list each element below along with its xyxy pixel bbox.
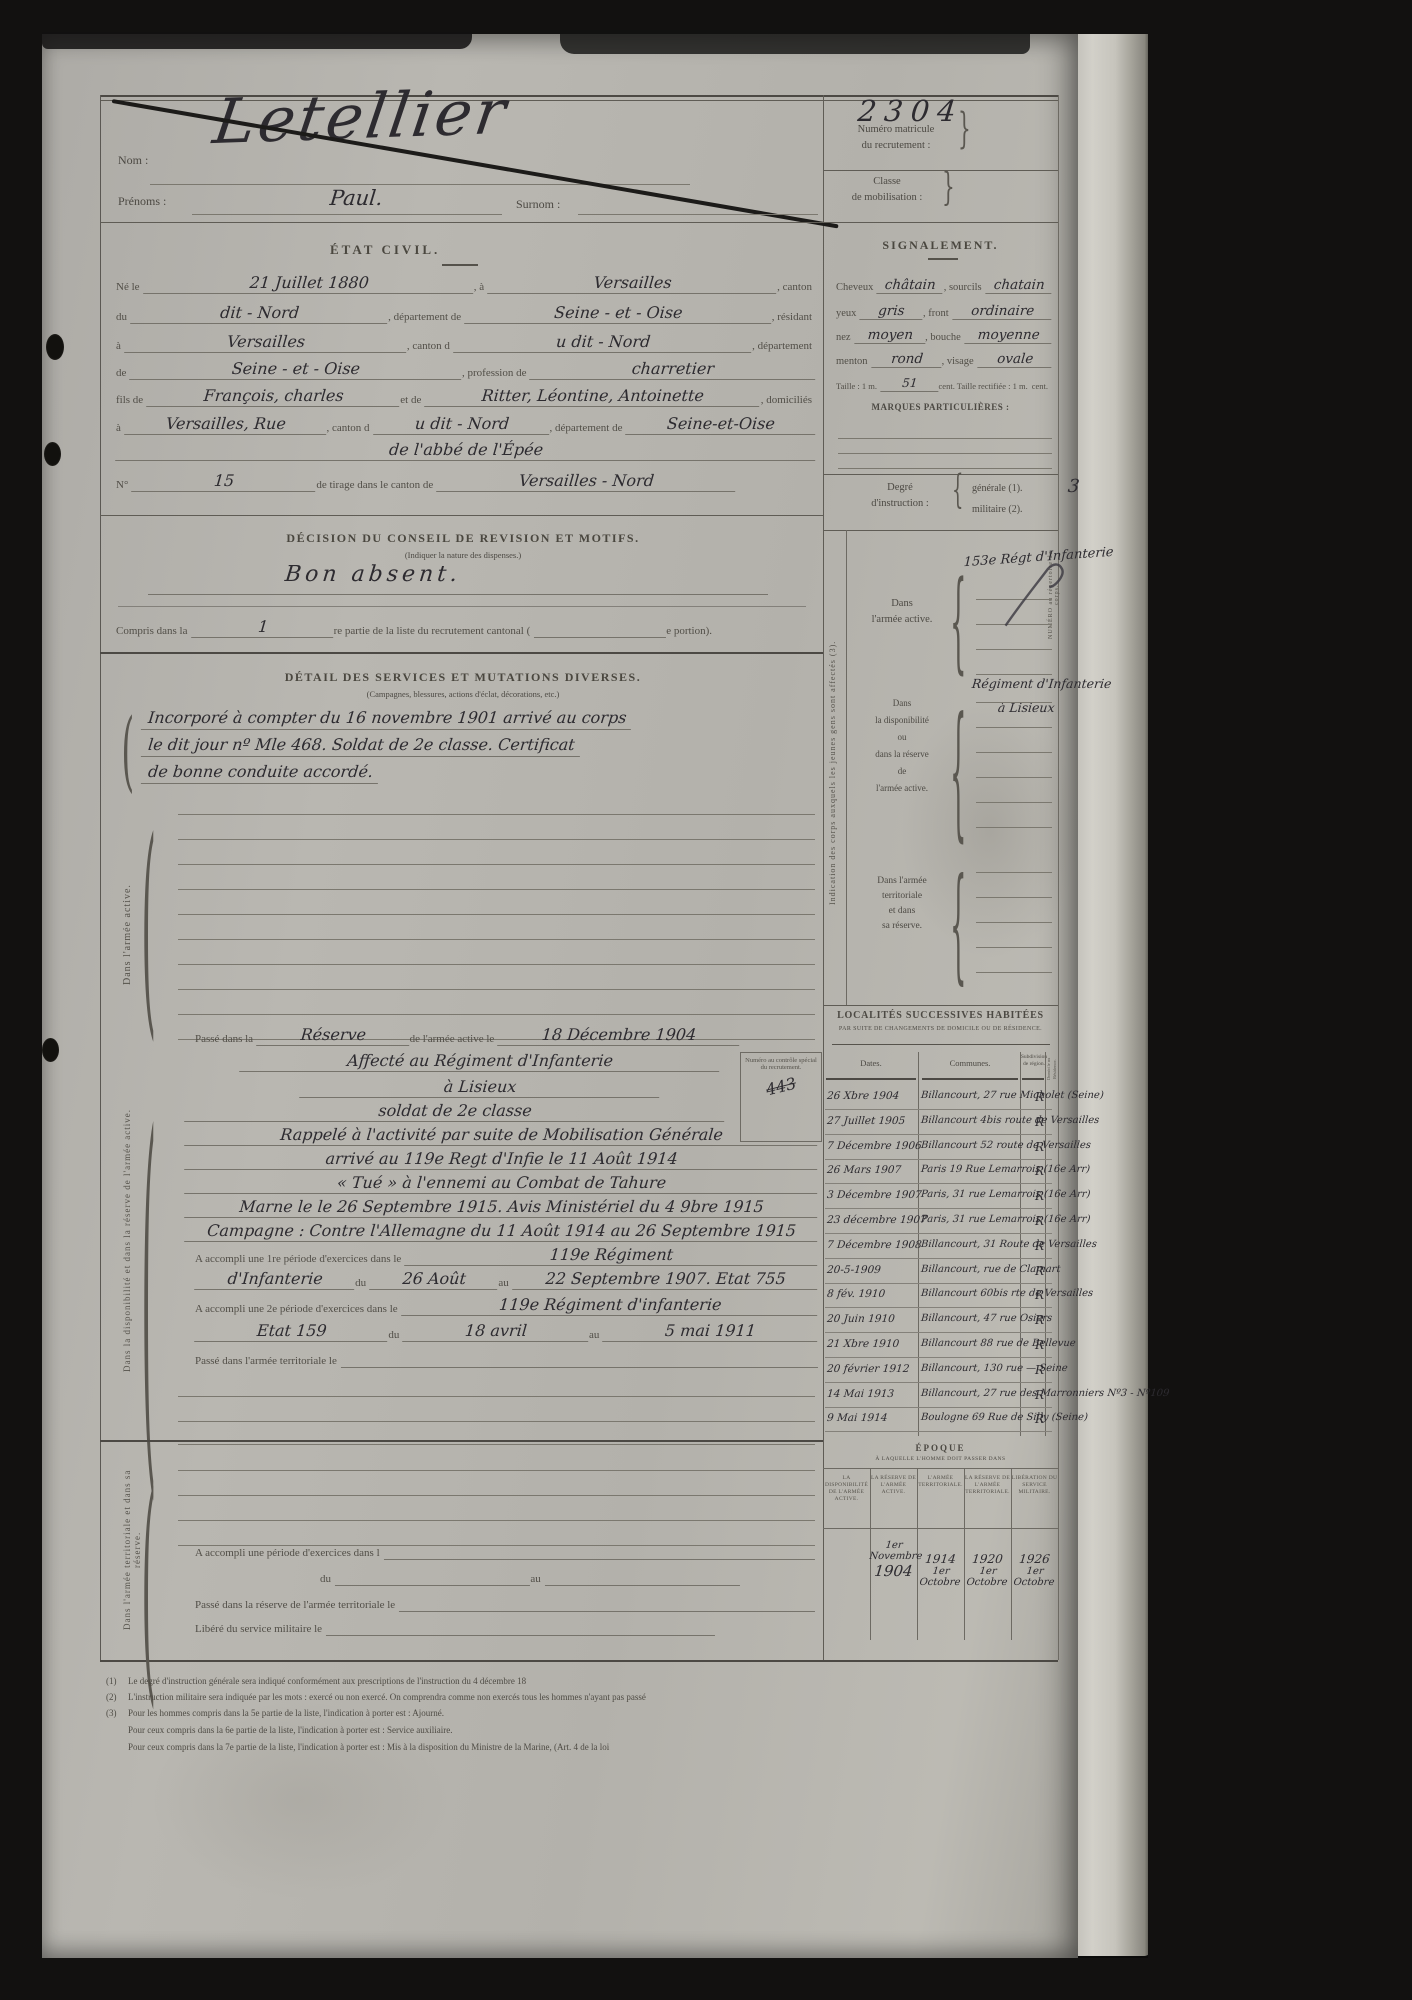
epoque-value-4a: 1920 [963,1552,1011,1566]
localite-commune: Boulogne 69 Rue de Silly (Seine) [921,1412,1042,1423]
handwritten-segment: Marne le le 26 Septembre 1915. Avis Mini… [184,1199,819,1218]
surname-label: Surnom : [516,197,560,212]
etat-civil-title-rule [442,264,478,266]
handwritten-segment: 22 Septembre 1907. Etat 755 [512,1271,819,1290]
form-bottom-rule [100,1660,1058,1662]
footnote-2: (2)L'instruction militaire sera indiquée… [106,1692,1046,1702]
localite-date: 9 Mai 1914 [826,1412,919,1424]
scanned-military-record: Nom : Letellier Prénoms : Paul. Surnom :… [0,0,1412,2000]
binder-hole [42,1038,59,1062]
handwritten-segment [326,1634,715,1636]
row-rule [825,1332,1052,1333]
dispo-line-13: Passé dans l'armée territoriale le [195,1344,818,1368]
footnote-3-marker: (3) [106,1708,128,1718]
localite-subdivision: R [1035,1363,1044,1377]
corps-side-label-left: Indication des corps auxquels les jeunes… [828,545,837,1000]
handwritten-segment: d'Infanterie [194,1271,356,1290]
firstname-value: Paul. [329,186,384,210]
instruction-brace: { [952,467,963,513]
localite-subdivision: R [1035,1189,1044,1203]
footnote-1-text: Le degré d'instruction générale sera ind… [128,1676,526,1686]
localite-date: 7 Décembre 1908 [826,1239,919,1251]
localite-row: 20 Juin 1910Billancourt, 47 rue OsiersR [823,1313,1058,1336]
printed-segment: Cheveux [836,282,877,294]
handwritten-segment: Seine-et-Oise [626,416,817,435]
printed-segment: , canton d [407,340,454,353]
printed-segment: de l'armée active le [410,1033,499,1046]
scan-bottom-band [0,1958,1412,2000]
dispo-line-1: Affecté au Régiment d'Infanterie [240,1048,720,1072]
dispo-line-2: à Lisieux [300,1074,660,1098]
territoriale-du-au-line: duau [320,1564,740,1586]
footnote-2-marker: (2) [106,1692,128,1702]
printed-segment: Passé dans la [195,1033,257,1046]
printed-segment: , domiciliés [761,394,816,407]
printed-segment: et de [400,394,425,407]
localite-date: 26 Mars 1907 [826,1164,919,1176]
localite-subdivision: R [1035,1164,1044,1178]
nez-bouche-line: nezmoyen, bouchemoyenne [836,320,1052,344]
handwritten-annotation [999,552,1079,641]
printed-segment: re partie de la liste du recrutement can… [334,625,535,638]
residence-line: àVersailles, canton du dit - Nord, dépar… [116,327,816,353]
printed-segment: de [116,367,130,380]
dispo-line-11: A accompli une 2e période d'exercices da… [195,1292,818,1316]
dispo-label-2: la disponibilité [858,715,946,725]
epoque-subtitle: À LAQUELLE L'HOMME DOIT PASSER DANS [823,1456,1058,1462]
printed-segment: A accompli une 2e période d'exercices da… [195,1303,402,1316]
row-rule [825,1233,1052,1234]
localite-commune: Billancourt 88 rue de Bellevue [921,1338,1042,1349]
localite-commune: Billancourt 4bis route de Versailles [921,1115,1042,1126]
footnote-4: Pour ceux compris dans la 6e partie de l… [128,1725,1048,1735]
localite-subdivision: R [1035,1264,1044,1278]
section-rule [823,530,1058,531]
epoque-value-3a: 1914 [916,1552,964,1566]
scan-right-band [1148,0,1412,2000]
row-rule [825,1407,1052,1408]
footnote-3-text: Pour les hommes compris dans la 5e parti… [128,1708,444,1718]
handwritten-segment: de l'abbé de l'Épée [115,442,817,461]
row-rule [825,1283,1052,1284]
birth-canton-line: dudit - Nord, département deSeine - et -… [116,298,816,324]
localite-date: 3 Décembre 1907 [826,1189,919,1201]
localites-subtitle: PAR SUITE DE CHANGEMENTS DE DOMICILE OU … [823,1026,1058,1032]
dispo-write-lines [976,680,1052,828]
scan-top-ragged-edge [560,30,1030,54]
handwritten-segment: 5 mai 1911 [603,1323,819,1342]
localite-subdivision: R [1035,1115,1044,1129]
printed-segment: de tirage dans le canton de [316,479,437,492]
localite-subdivision: R [1035,1288,1044,1302]
handwritten-segment: Réserve [256,1027,410,1046]
printed-segment: , résidant [772,311,816,324]
localite-date: 27 Juillet 1905 [826,1115,919,1127]
localite-commune: Paris 19 Rue Lemarrois (16e Arr) [921,1164,1042,1175]
epoque-col-3: l'armée territoriale. [917,1472,964,1489]
handwritten-segment: gris [860,304,924,320]
marques-label: MARQUES PARTICULIÈRES : [823,402,1058,412]
localite-date: 14 Mai 1913 [826,1388,919,1400]
notes-brace: ( [121,702,134,804]
surname-write-line [578,214,818,215]
row-rule [825,1159,1052,1160]
epoque-value-2b: 1904 [869,1562,918,1580]
menton-visage-line: mentonrond, visageovale [836,344,1052,368]
libere-service-line: Libéré du service militaire le [195,1614,715,1636]
parents-residence-line: àVersailles, Rue, canton du dit - Nord, … [116,409,816,435]
handwritten-segment: charretier [530,361,817,380]
active-army-label-2: l'armée active. [856,614,948,625]
terr-label-3: et dans [856,906,948,916]
handwritten-segment: 119e Régiment d'infanterie [401,1297,819,1316]
printed-segment: , sourcils [944,282,986,294]
localite-row: 23 décembre 1907Paris, 31 rue Lemarrois … [823,1214,1058,1237]
header-bottom-rule [100,222,1058,223]
printed-segment: , canton [777,281,816,294]
printed-segment: , profession de [462,367,530,380]
printed-segment: , département de [549,422,626,435]
handwritten-segment: moyen [854,328,926,344]
birth-line: Né le21 Juillet 1880, àVersailles, canto… [116,268,816,294]
localite-subdivision: R [1035,1338,1044,1352]
section-rule [100,1440,823,1442]
localite-subdivision: R [1035,1239,1044,1253]
printed-segment: au [589,1329,603,1342]
printed-segment: Compris dans la [116,625,192,638]
dispo-label-6: l'armée active. [858,783,946,793]
taille-line: Taille : 1 m.51cent. Taille rectifiée : … [836,368,1052,392]
printed-segment: A accompli une période d'exercices dans … [195,1547,384,1560]
profession-line: deSeine - et - Oise, profession decharre… [116,354,816,380]
handwritten-segment: « Tué » à l'ennemi au Combat de Tahure [184,1175,819,1194]
tirage-line: N°15de tirage dans le canton deVersaille… [116,464,736,492]
printed-segment: N° [116,479,132,492]
form-right-border [1058,95,1059,1660]
active-army-blank-lines [178,790,815,1040]
handwritten-segment: rond [871,352,943,368]
form-left-border [100,95,101,1660]
instruction-label-line2: d'instruction : [845,498,955,509]
dispo-brace: { [950,692,967,860]
decision-value: Bon absent. [284,562,463,587]
localite-commune: Billancourt, 27 rue Micholet (Seine) [921,1090,1042,1101]
handwritten-segment: 26 Août [369,1271,499,1290]
binder-hole [44,442,61,466]
section-rule [823,1005,1058,1006]
handwritten-segment: moyenne [964,328,1053,344]
localites-title-rule [832,1044,1050,1045]
epoque-value-5a: 1926 [1010,1552,1058,1566]
handwritten-segment: arrivé au 119e Regt d'Infie le 11 Août 1… [184,1151,819,1170]
territoriale-side-label: Dans l'armée territoriale et dans sa rés… [122,1452,142,1648]
compris-line: Compris dans la1re partie de la liste du… [116,612,716,638]
printed-segment: fils de [116,394,147,407]
epoque-value-5: 1926 1er Octobre [1011,1552,1058,1588]
terr-write-lines [976,850,1052,973]
localite-commune: Paris, 31 rue Lemarrois (16e Arr) [921,1214,1042,1225]
localite-commune: Billancourt, 130 rue — Seine [921,1363,1042,1374]
localite-date: 23 décembre 1907 [826,1214,919,1226]
localite-subdivision: R [1035,1090,1044,1104]
service-note-3: de bonne conduite accordé. [141,762,380,784]
localite-row: 27 Juillet 1905Billancourt 4bis route de… [823,1115,1058,1138]
printed-segment: , visage [942,356,978,368]
active-army-label-1: Dans [872,598,932,609]
handwritten-segment [534,636,666,638]
footnote-4-text: Pour ceux compris dans la 6e partie de l… [128,1725,453,1735]
handwritten-segment: u dit - Nord [453,334,753,353]
binder-hole [46,334,64,360]
dispo-line-7: Marne le le 26 Septembre 1915. Avis Mini… [185,1194,818,1218]
dispo-line-6: « Tué » à l'ennemi au Combat de Tahure [185,1170,818,1194]
printed-segment: Passé dans l'armée territoriale le [195,1355,341,1368]
footnote-1: (1)Le degré d'instruction générale sera … [106,1676,1046,1686]
handwritten-segment: Versailles [487,275,778,294]
localite-row: 26 Xbre 1904Billancourt, 27 rue Micholet… [823,1090,1058,1113]
name-label: Nom : [118,153,148,168]
etat-civil-title: ÉTAT CIVIL. [330,242,440,258]
localite-subdivision: R [1035,1412,1044,1426]
service-note-2: le dit jour nº Mle 468. Soldat de 2e cla… [141,735,582,757]
handwritten-segment [335,1584,530,1586]
signalement-title-rule [928,258,958,260]
epoque-value-5b: 1er Octobre [1010,1566,1059,1588]
terr-brace: { [950,856,967,1000]
services-title: DÉTAIL DES SERVICES ET MUTATIONS DIVERSE… [168,670,758,685]
printed-segment: nez [836,332,855,344]
handwritten-segment [399,1610,815,1612]
handwritten-segment: 15 [132,473,318,492]
dispo-line-4: Rappelé à l'activité par suite de Mobili… [185,1122,818,1146]
localites-col-dates: Dates. [826,1058,916,1068]
handwritten-segment: à Lisieux [299,1079,661,1098]
dispo-label-5: de [858,766,946,776]
dispo-line-10: d'Infanteriedu26 Aoûtau22 Septembre 1907… [195,1266,818,1290]
row-rule [825,1134,1052,1135]
localite-row: 7 Décembre 1906Billancourt 52 route de V… [823,1140,1058,1163]
handwritten-segment: ordinaire [952,304,1053,320]
handwritten-segment: 18 avril [403,1323,590,1342]
handwritten-segment [545,1584,740,1586]
localite-commune: Billancourt, 47 rue Osiers [921,1313,1042,1324]
handwritten-segment: Versailles - Nord [436,473,736,492]
instruction-generale-value: 3 [1067,476,1081,497]
services-subtitle: (Campagnes, blessures, actions d'éclat, … [168,689,758,699]
handwritten-segment [341,1366,818,1368]
epoque-col-2: la réserve de l'armée active. [870,1472,917,1496]
handwritten-segment: ovale [977,352,1053,368]
dispo-line-5: arrivé au 119e Regt d'Infie le 11 Août 1… [185,1146,818,1170]
controle-special-box: Numéro au contrôle spécial du recrutemen… [740,1052,822,1142]
terr-label-2: territoriale [856,891,948,901]
localite-row: 20-5-1909Billancourt, rue de ClamartR [823,1264,1058,1287]
printed-segment: Taille : 1 m. [836,381,881,392]
epoque-header-rule [823,1468,1058,1469]
handwritten-segment: 119e Régiment [404,1247,818,1266]
localite-subdivision: R [1035,1140,1044,1154]
firstname-label: Prénoms : [118,194,166,209]
printed-segment: , bouche [925,332,965,344]
epoque-value-3: 1914 1er Octobre [917,1552,964,1588]
instruction-label-line1: Degré [855,482,945,493]
localite-commune: Billancourt 52 route de Versailles [921,1140,1042,1151]
localite-date: 20-5-1909 [826,1264,919,1276]
printed-segment: , département [752,340,816,353]
scan-left-band [0,0,42,2000]
printed-segment: cent. [1032,381,1052,392]
terr-label-1: Dans l'armée [856,876,948,886]
handwritten-segment: 1 [191,619,335,638]
row-rule [825,1382,1052,1383]
terr-label-4: sa réserve. [856,921,948,931]
localites-header-rule [826,1078,916,1080]
localites-header-rule [922,1078,1018,1080]
dispo-line-12: Etat 159du18 avrilau5 mai 1911 [195,1318,818,1342]
disponibilite-side-label: Dans la disponibilité et dans la réserve… [122,1065,132,1415]
service-note-1: Incorporé à compter du 16 novembre 1901 … [141,708,634,730]
localite-row: 21 Xbre 1910Billancourt 88 rue de Bellev… [823,1338,1058,1361]
active-army-side-label: Dans l'armée active. [122,855,133,1015]
handwritten-segment: chatain [985,278,1053,294]
printed-segment: , front [923,308,953,320]
footnote-5-text: Pour ceux compris dans la 7e partie de l… [128,1742,609,1752]
handwritten-segment: Seine - et - Oise [464,305,772,324]
epoque-col-1: la disponibilité de l'armée active. [823,1472,870,1503]
localite-commune: Billancourt, rue de Clamart [921,1264,1042,1275]
section-rule [823,474,1058,475]
footnote-1-marker: (1) [106,1676,128,1686]
localites-title: LOCALITÉS SUCCESSIVES HABITÉES [823,1010,1058,1021]
printed-segment: e portion). [666,625,716,638]
printed-segment: menton [836,356,872,368]
localite-row: 14 Mai 1913Billancourt, 27 rue des Marro… [823,1388,1058,1411]
handwritten-segment: u dit - Nord [373,416,551,435]
handwritten-segment: Affecté au Régiment d'Infanterie [239,1053,721,1072]
matricule-divider [823,170,1058,171]
section-rule [100,652,823,654]
handwritten-segment: 18 Décembre 1904 [497,1027,740,1046]
territoriale-accompli-line: A accompli une période d'exercices dans … [195,1538,815,1560]
row-rule [825,1357,1052,1358]
row-rule [825,1307,1052,1308]
row-rule [825,1208,1052,1209]
localite-commune: Billancourt, 27 rue des Marronniers Nº3 … [921,1388,1042,1399]
handwritten-segment: châtain [877,278,945,294]
signalement-title: SIGNALEMENT. [823,238,1058,253]
localite-row: 9 Mai 1914Boulogne 69 Rue de Silly (Sein… [823,1412,1058,1435]
handwritten-segment: Rappelé à l'activité par suite de Mobili… [184,1127,819,1146]
localite-date: 26 Xbre 1904 [826,1090,919,1102]
street-line: de l'abbé de l'Épée [116,435,816,461]
handwritten-segment [384,1558,816,1560]
printed-segment: du [388,1329,403,1342]
localite-subdivision: R [1035,1214,1044,1228]
dispo-label-4: dans la réserve [858,749,946,759]
active-brace: { [950,562,967,688]
localites-col-communes: Communes. [920,1058,1020,1068]
handwritten-segment: François, charles [146,388,401,407]
localite-date: 20 février 1912 [826,1363,919,1375]
epoque-value-3b: 1er Octobre [916,1566,965,1588]
footnote-2-text: L'instruction militaire sera indiquée pa… [128,1692,646,1702]
epoque-col-4: la réserve de l'armée territoriale. [964,1472,1011,1496]
localites-col-residence: Résidence. [1052,1052,1057,1086]
localites-col-subdivision: Subdivision de région. [1020,1054,1048,1067]
disponibilite-blank-lines [178,1372,815,1445]
printed-segment: au [530,1573,544,1586]
localite-date: 21 Xbre 1910 [826,1338,919,1350]
territoriale-passe-reserve-line: Passé dans la réserve de l'armée territo… [195,1590,815,1612]
row-rule [825,1109,1052,1110]
decision-blank-line [118,606,806,607]
printed-segment: Libéré du service militaire le [195,1623,326,1636]
localite-row: 20 février 1912Billancourt, 130 rue — Se… [823,1363,1058,1386]
classe-label-line2: de mobilisation : [832,192,942,203]
localites-col-domicile: Domicile ou [1046,1052,1051,1086]
printed-segment: au [498,1277,512,1290]
matricule-value: 2304 [856,94,965,128]
localite-commune: Billancourt 60bis rte de Versailles [921,1288,1042,1299]
printed-segment: du [116,311,131,324]
decision-title: DÉCISION DU CONSEIL DE REVISION ET MOTIF… [168,531,758,546]
classe-label-line1: Classe [832,176,942,187]
dispo-line-3: soldat de 2e classe [185,1098,725,1122]
handwritten-segment: soldat de 2e classe [184,1103,726,1122]
epoque-value-2a: 1er Novembre [869,1540,918,1562]
printed-segment: du [320,1573,335,1586]
localite-date: 20 Juin 1910 [826,1313,919,1325]
parents-line: fils deFrançois, charleset deRitter, Léo… [116,381,816,407]
handwritten-segment: 51 [880,377,939,392]
localite-row: 3 Décembre 1907Paris, 31 rue Lemarrois (… [823,1189,1058,1212]
printed-segment: Passé dans la réserve de l'armée territo… [195,1599,399,1612]
localite-commune: Paris, 31 rue Lemarrois (16e Arr) [921,1189,1042,1200]
controle-special-value: 443 [740,1068,822,1106]
epoque-value-4: 1920 1er Octobre [964,1552,1011,1588]
epoque-title: ÉPOQUE [823,1443,1058,1453]
epoque-value-2: 1er Novembre 1904 [870,1540,917,1580]
controle-special-label: Numéro au contrôle spécial du recrutemen… [741,1053,821,1071]
footnote-3: (3)Pour les hommes compris dans la 5e pa… [106,1708,1046,1718]
localite-row: 8 fév. 1910Billancourt 60bis rte de Vers… [823,1288,1058,1311]
printed-segment: cent. Taille rectifiée : 1 m. [939,381,1032,392]
localite-subdivision: R [1035,1388,1044,1402]
handwritten-segment: 21 Juillet 1880 [143,275,475,294]
matricule-label-line2: du recrutement : [832,140,960,151]
handwritten-segment: Campagne : Contre l'Allemagne du 11 Août… [184,1223,819,1242]
passe-reserve-line: Passé dans laRéservede l'armée active le… [195,1018,740,1046]
dispo-line-8: Campagne : Contre l'Allemagne du 11 Août… [185,1218,818,1242]
handwritten-segment: Versailles [124,334,408,353]
row-rule [825,1183,1052,1184]
scan-top-ragged-edge [42,32,472,49]
localites-header-rule [1022,1078,1044,1080]
handwritten-segment: dit - Nord [130,305,389,324]
instruction-militaire-label: militaire (2). [972,504,1023,515]
handwritten-segment: Seine - et - Oise [130,361,463,380]
printed-segment: , à [474,281,488,294]
row-rule [825,1431,1052,1432]
section-rule [100,515,823,516]
footnote-5: Pour ceux compris dans la 7e partie de l… [128,1742,1048,1752]
printed-segment: A accompli une 1re période d'exercices d… [195,1253,405,1266]
printed-segment: , département de [388,311,465,324]
row-rule [825,1258,1052,1259]
localite-date: 8 fév. 1910 [826,1288,919,1300]
dispo-label-3: ou [858,732,946,742]
localite-row: 26 Mars 1907Paris 19 Rue Lemarrois (16e … [823,1164,1058,1187]
